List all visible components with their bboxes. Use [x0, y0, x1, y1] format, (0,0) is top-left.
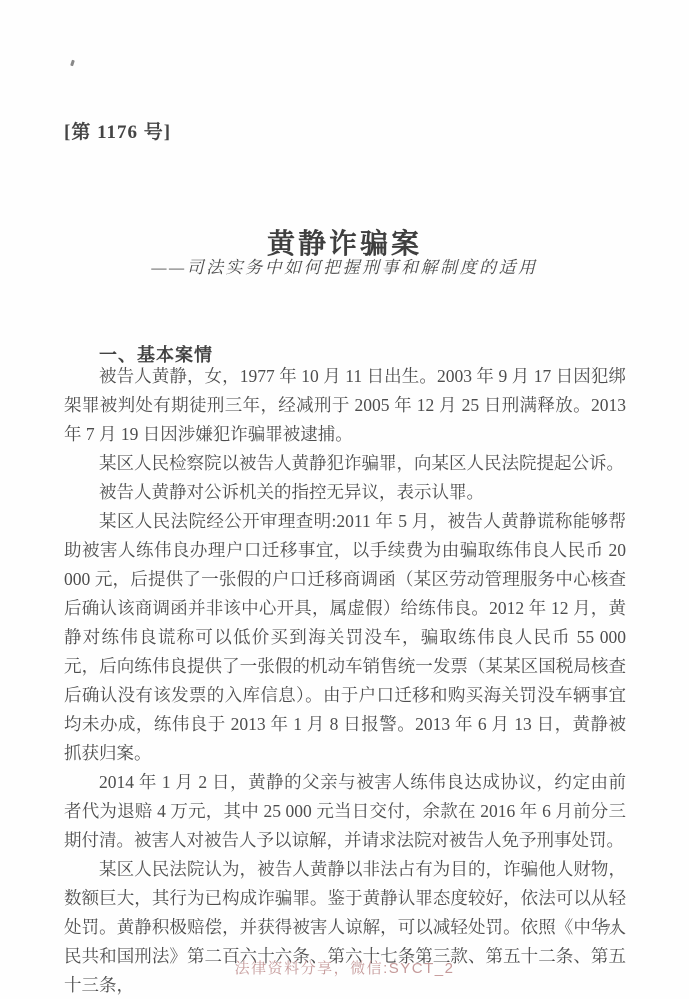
body-paragraph-trial-findings: 某区人民法院经公开审理查明:2011 年 5 月，被告人黄静谎称能够帮助被害人练… [64, 507, 626, 768]
case-subtitle: ——司法实务中如何把握刑事和解制度的适用 [0, 253, 689, 278]
body-paragraph-settlement: 2014 年 1 月 2 日，黄静的父亲与被害人练伟良达成协议，约定由前者代为退… [64, 768, 626, 855]
body-paragraph-plea: 被告人黄静对公诉机关的指控无异议，表示认罪。 [64, 478, 626, 507]
body-paragraph-defendant-info: 被告人黄静，女，1977 年 10 月 11 日出生。2003 年 9 月 17… [64, 362, 626, 449]
body-paragraph-prosecution: 某区人民检察院以被告人黄静犯诈骗罪，向某区人民法院提起公诉。 [64, 449, 626, 478]
footer-watermark: 法律资料分享，微信:SYCT_2 [0, 957, 689, 978]
case-body: 被告人黄静，女，1977 年 10 月 11 日出生。2003 年 9 月 17… [64, 362, 626, 999]
case-document-number: [第 1176 号] [64, 117, 171, 144]
document-page: [第 1176 号] 黄静诈骗案 ——司法实务中如何把握刑事和解制度的适用 一、… [0, 0, 689, 999]
scan-artifact [70, 60, 75, 67]
page-number: 77 [602, 920, 621, 940]
